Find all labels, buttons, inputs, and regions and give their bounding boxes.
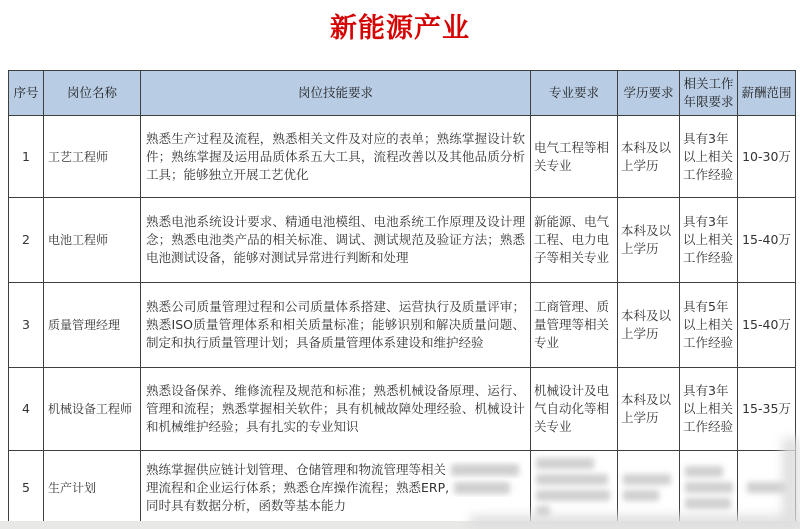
table-row: 1 工艺工程师 熟悉生产过程及流程，熟悉相关文件及对应的表单；熟练掌握设计软件；… [9,116,796,198]
cell-major-redacted [531,451,618,525]
cell-experience-redacted [680,451,738,525]
cell-no: 4 [9,368,44,451]
cell-position: 质量管理经理 [44,283,141,368]
header-no: 序号 [9,71,44,116]
header-major: 专业要求 [531,71,618,116]
cell-experience: 具有5年以上相关工作经验 [680,283,738,368]
skill-text: 同时具有数据分析，函数等基本能力 [146,498,346,513]
redaction-blur [536,490,610,501]
redaction-blur [451,464,519,476]
redaction-blur [536,458,594,469]
cell-education-redacted [618,451,680,525]
cell-education: 本科及以上学历 [618,368,680,451]
cell-no: 1 [9,116,44,198]
cell-skills: 熟悉设备保养、维修流程及规范和标准；熟悉机械设备原理、运行、管理和流程；熟悉掌握… [141,368,531,451]
page-title: 新能源产业 [0,6,800,45]
cell-skills: 熟悉生产过程及流程，熟悉相关文件及对应的表单；熟练掌握设计软件；熟练掌握及运用品… [141,116,531,198]
cell-major: 新能源、电气工程、电力电子等相关专业 [531,198,618,283]
jobs-table: 序号 岗位名称 岗位技能要求 专业要求 学历要求 相关工作年限要求 薪酬范围 1… [8,70,796,525]
redaction-blur [454,482,510,494]
cell-education: 本科及以上学历 [618,198,680,283]
cell-experience: 具有3年以上相关工作经验 [680,368,738,451]
redaction-blur [685,466,723,477]
skill-line: 理流程和企业运行体系；熟悉仓库操作流程；熟悉ERP, [146,479,525,497]
cell-education: 本科及以上学历 [618,283,680,368]
redaction-blur [685,482,733,493]
header-education: 学历要求 [618,71,680,116]
cell-no: 5 [9,451,44,525]
cell-experience: 具有3年以上相关工作经验 [680,198,738,283]
cell-experience: 具有3年以上相关工作经验 [680,116,738,198]
skill-line: 熟练掌握供应链计划管理、仓储管理和物流管理等相关 [146,461,525,479]
table-row: 3 质量管理经理 熟悉公司质量管理过程和公司质量体系搭建、运营执行及质量评审；熟… [9,283,796,368]
table-row: 5 生产计划 熟练掌握供应链计划管理、仓储管理和物流管理等相关 理流程和企业运行… [9,451,796,525]
cell-salary: 15-40万 [738,198,796,283]
cell-salary: 15-40万 [738,283,796,368]
cell-skills-partially-redacted: 熟练掌握供应链计划管理、仓储管理和物流管理等相关 理流程和企业运行体系；熟悉仓库… [141,451,531,525]
cell-position: 电池工程师 [44,198,141,283]
redaction-blur [747,482,787,493]
edge-smudge [782,438,800,522]
cell-skills: 熟悉电池系统设计要求、精通电池模组、电池系统工作原理及设计理念；熟悉电池类产品的… [141,198,531,283]
edge-smudge [470,515,800,529]
skill-text: 理流程和企业运行体系；熟悉仓库操作流程；熟悉ERP, [146,480,449,495]
redaction-blur [536,474,608,485]
skill-text: 熟练掌握供应链计划管理、仓储管理和物流管理等相关 [146,462,446,477]
cell-no: 3 [9,283,44,368]
header-position: 岗位名称 [44,71,141,116]
cell-major: 机械设计及电气自动化等相关专业 [531,368,618,451]
cell-position: 生产计划 [44,451,141,525]
cell-no: 2 [9,198,44,283]
cell-salary: 10-30万 [738,116,796,198]
header-skills: 岗位技能要求 [141,71,531,116]
table-row: 2 电池工程师 熟悉电池系统设计要求、精通电池模组、电池系统工作原理及设计理念；… [9,198,796,283]
cell-education: 本科及以上学历 [618,116,680,198]
header-experience: 相关工作年限要求 [680,71,738,116]
redaction-blur [623,474,671,485]
redaction-blur [623,490,659,501]
cell-position: 机械设备工程师 [44,368,141,451]
cell-major: 电气工程等相关专业 [531,116,618,198]
table-header-row: 序号 岗位名称 岗位技能要求 专业要求 学历要求 相关工作年限要求 薪酬范围 [9,71,796,116]
skill-line: 同时具有数据分析，函数等基本能力 [146,497,525,515]
cell-major: 工商管理、质量管理等相关专业 [531,283,618,368]
cell-skills: 熟悉公司质量管理过程和公司质量体系搭建、运营执行及质量评审；熟悉ISO质量管理体… [141,283,531,368]
redaction-blur [685,498,731,509]
header-salary: 薪酬范围 [738,71,796,116]
cell-position: 工艺工程师 [44,116,141,198]
table-row: 4 机械设备工程师 熟悉设备保养、维修流程及规范和标准；熟悉机械设备原理、运行、… [9,368,796,451]
